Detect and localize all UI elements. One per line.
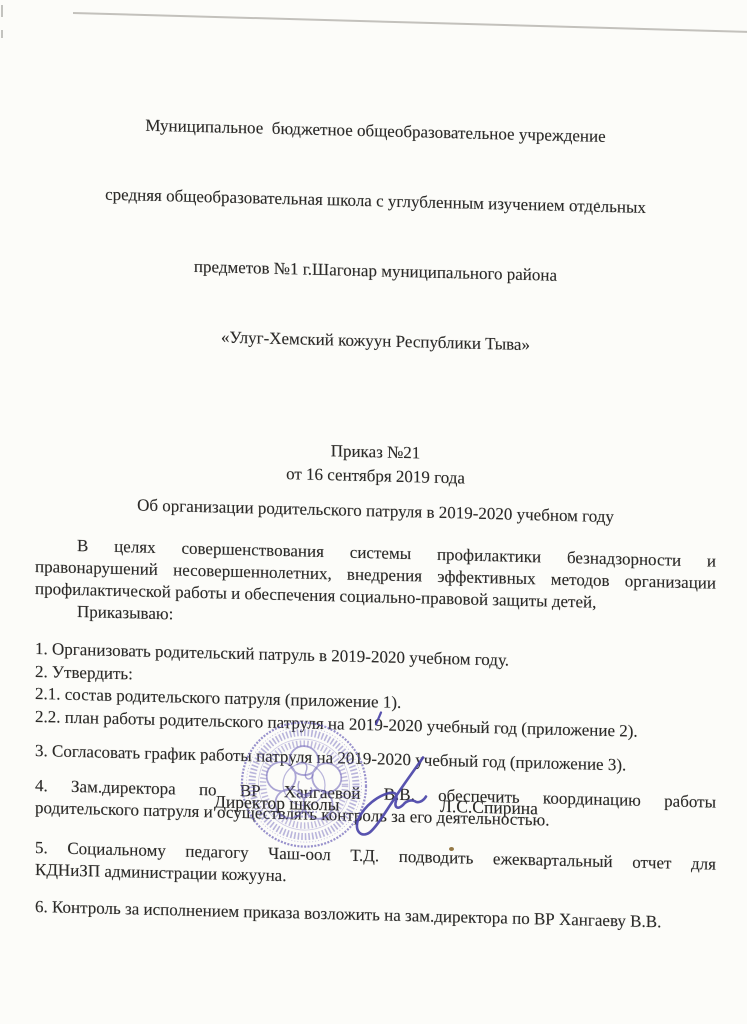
org-header-line: Муниципальное бюджетное общеобразователь…: [35, 112, 716, 151]
scan-paper-edge-line: [73, 12, 747, 33]
org-header: Муниципальное бюджетное общеобразователь…: [35, 64, 716, 409]
order-title-block: Приказ №21 от 16 сентября 2019 года: [35, 432, 716, 497]
order-item-5: 5. Социальному педагогу Чаш-оол Т.Д. под…: [35, 837, 716, 899]
org-header-line: средняя общеобразовательная школа с углу…: [35, 182, 716, 221]
document-body: Муниципальное бюджетное общеобразователь…: [35, 64, 716, 981]
scanned-order-document: { "page": { "background": "#fcfcf9", "in…: [0, 0, 747, 1024]
org-header-line: предметов №1 г.Шагонар муниципального ра…: [35, 252, 716, 291]
order-item-3: 3. Согласовать график работы патруля на …: [35, 740, 716, 779]
order-item-6: 6. Контроль за исполнением приказа возло…: [35, 896, 716, 935]
scan-edge-speck: [1, 5, 3, 17]
preamble-paragraph: В целях совершенствования системы профил…: [35, 534, 716, 639]
order-subject: Об организации родительского патруля в 2…: [35, 492, 716, 531]
order-items-1-2: 1. Организовать родительский патруль в 2…: [35, 638, 716, 745]
org-header-line: «Улуг-Хемский кожуун Республики Тыва»: [35, 322, 716, 361]
order-item-4: 4. Зам.директора по ВР Хангаевой В.В. об…: [35, 775, 716, 837]
scan-edge-speck: [1, 30, 3, 38]
